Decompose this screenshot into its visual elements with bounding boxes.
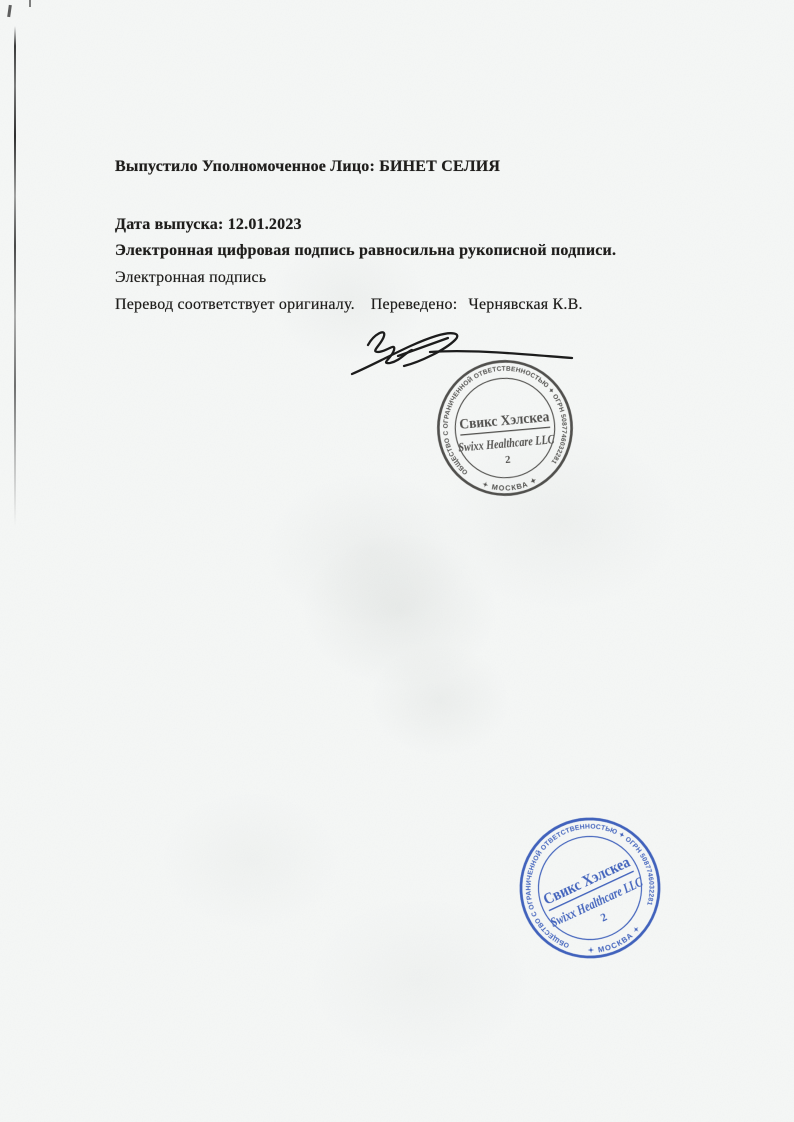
translator-name: Чернявская К.В. [468, 296, 582, 314]
stamp-number: 2 [599, 911, 610, 924]
svg-text:✦ МОСКВА ✦: ✦ МОСКВА ✦ [584, 922, 645, 961]
translated-label: Переведено: [371, 296, 458, 314]
company-stamp-dark: ОБЩЕСТВО С ОГРАНИЧЕННОЙ ОТВЕТСТВЕННОСТЬЮ… [416, 339, 594, 517]
stamp-org-name-en: Swixx Healthcare LLC [458, 432, 556, 454]
scanned-document-page: Выпустило Уполномоченное Лицо: БИНЕТ СЕЛ… [0, 0, 794, 1122]
stamp-ring-bottom-text: ✦ МОСКВА ✦ [584, 922, 645, 961]
scan-edge-artifact [14, 26, 16, 526]
esign-label-line: Электронная подпись [115, 269, 266, 287]
issued-by-line: Выпустило Уполномоченное Лицо: БИНЕТ СЕЛ… [115, 158, 500, 176]
stamp-number: 2 [505, 454, 511, 466]
translation-prefix: Перевод соответствует оригиналу. [115, 296, 355, 313]
scan-speck [29, 0, 31, 7]
stamp-org-name-ru: Свикс Хэлскеа [459, 409, 551, 433]
esign-equivalence-line: Электронная цифровая подпись равносильна… [115, 242, 616, 260]
translation-line: Перевод соответствует оригиналу.Переведе… [115, 296, 583, 314]
issue-date-line: Дата выпуска: 12.01.2023 [115, 216, 302, 234]
